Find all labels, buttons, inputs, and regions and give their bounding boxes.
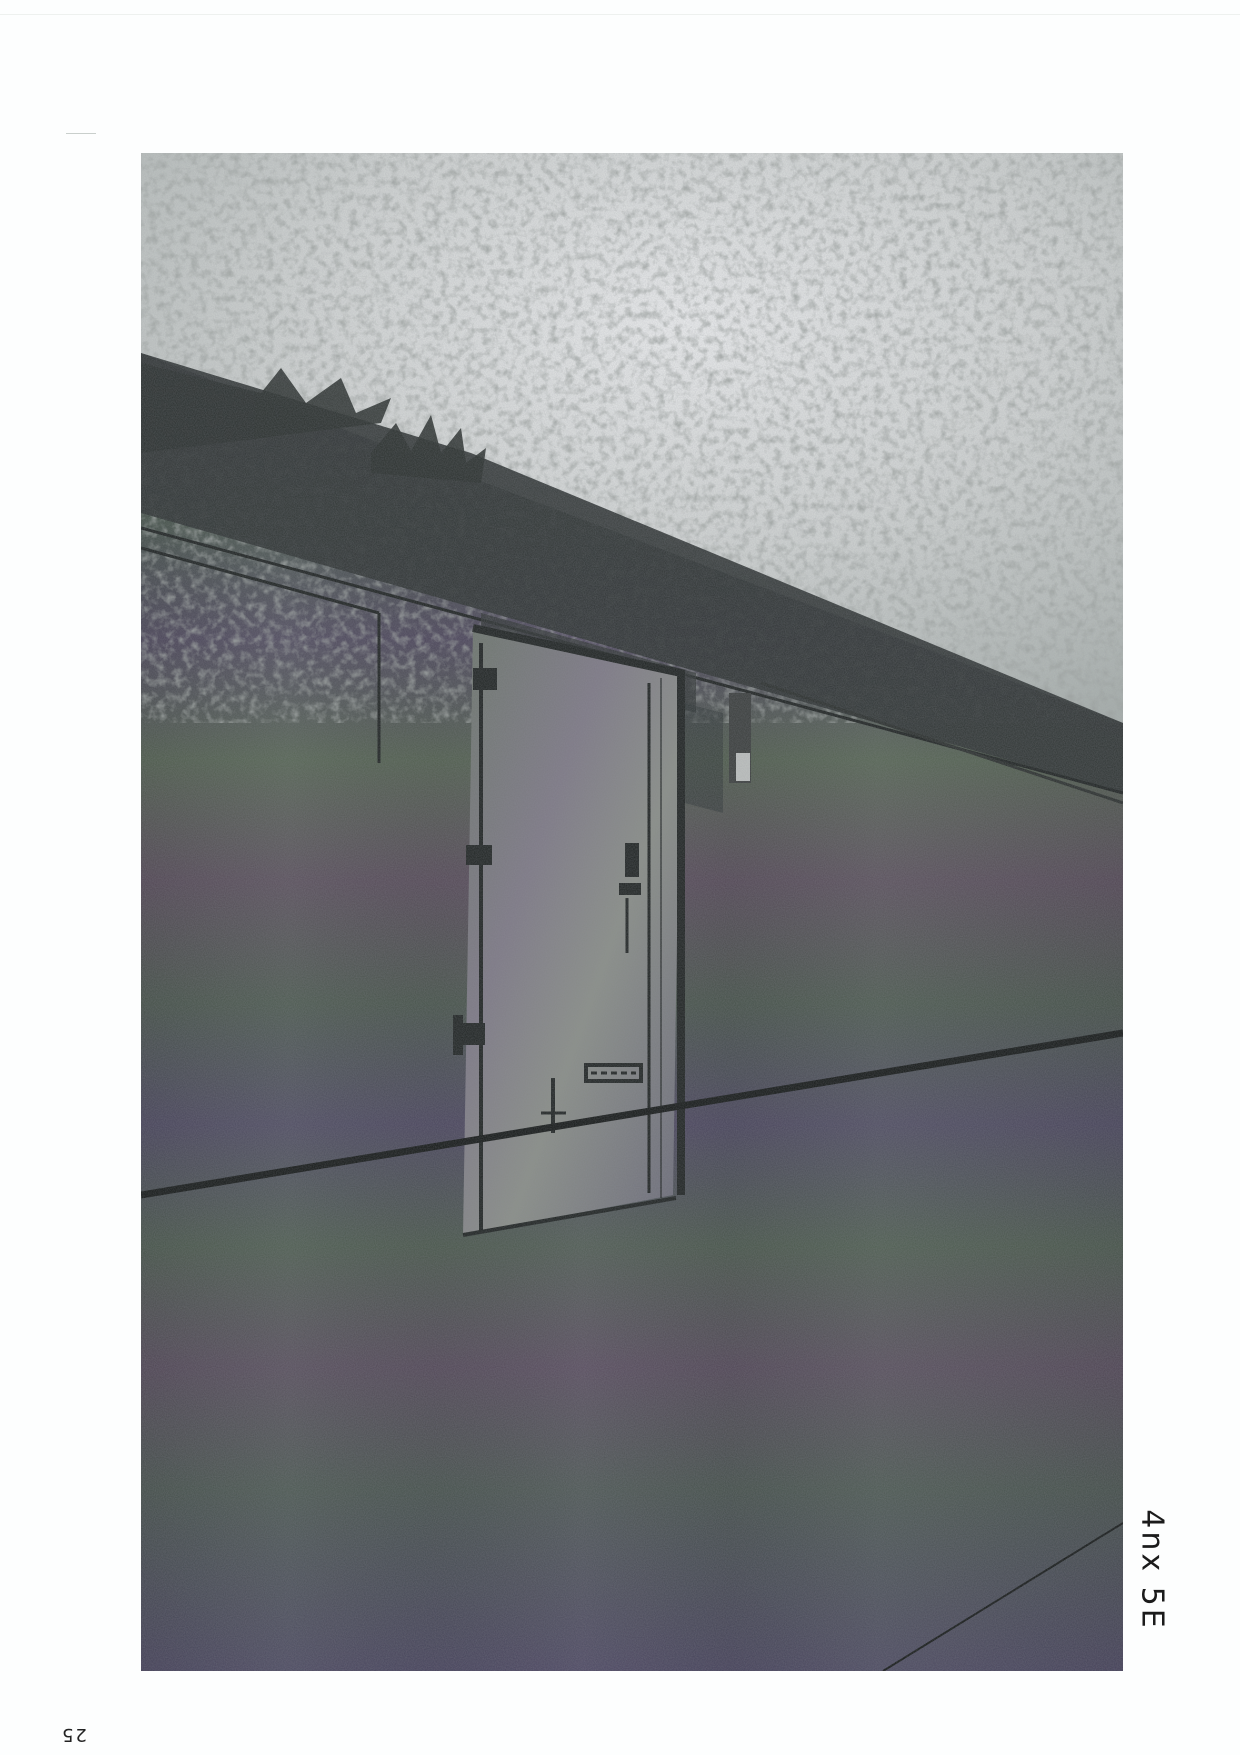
scan-artifact-line — [0, 14, 1240, 15]
photo-illustration — [141, 153, 1123, 1671]
handwritten-note: 4nx 5E — [1122, 1480, 1182, 1660]
handwritten-note-text: 4nx 5E — [1135, 1509, 1170, 1630]
page-number-mark: 25 — [60, 1725, 87, 1743]
scanned-page: 4nx 5E 25 — [0, 0, 1240, 1755]
building-door-photo — [141, 153, 1123, 1671]
margin-mark — [66, 133, 96, 134]
